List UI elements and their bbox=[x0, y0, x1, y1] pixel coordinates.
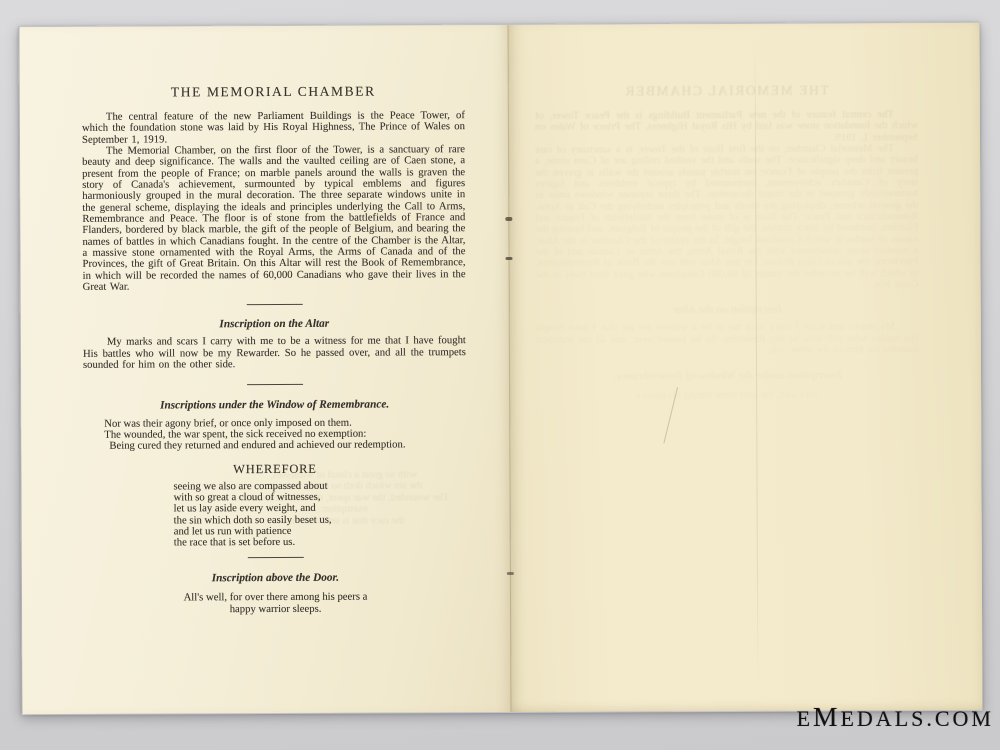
section-divider-rule bbox=[247, 557, 303, 558]
scan-photo-background: THE MEMORIAL CHAMBER The central feature… bbox=[0, 0, 1000, 750]
inscription-line: happy warrior sleeps. bbox=[84, 602, 467, 616]
page-title: THE MEMORIAL CHAMBER bbox=[82, 84, 465, 99]
door-inscription-heading: Inscription above the Door. bbox=[84, 571, 467, 585]
bleed-heading: Inscription on the Altar bbox=[536, 303, 919, 317]
paper-crease bbox=[663, 387, 678, 444]
window-inscription-lines: Nor was their agony brief, or once only … bbox=[83, 417, 466, 451]
page-left: THE MEMORIAL CHAMBER The central feature… bbox=[20, 25, 512, 714]
bleed-heading: Inscriptions under the Window of Remembr… bbox=[536, 369, 919, 383]
verse-line: the race that is set before us. bbox=[174, 536, 467, 548]
section-divider-rule bbox=[247, 384, 303, 385]
bleed-paragraph: The central feature of the new Parliamen… bbox=[535, 109, 918, 145]
section-divider-rule bbox=[246, 304, 302, 305]
bleed-line: All's well, for over there among his pee… bbox=[536, 388, 919, 402]
emedals-watermark: EMEDALS.COM bbox=[797, 701, 994, 733]
bleed-through-text: THE MEMORIAL CHAMBER The central feature… bbox=[535, 83, 919, 402]
booklet-open-spread: THE MEMORIAL CHAMBER The central feature… bbox=[19, 22, 983, 714]
bleed-title: THE MEMORIAL CHAMBER bbox=[535, 83, 918, 98]
watermark-text: EDALS.COM bbox=[840, 706, 994, 731]
page-left-text-column: THE MEMORIAL CHAMBER The central feature… bbox=[82, 25, 468, 616]
bleed-paragraph: My marks and scars I carry with me to be… bbox=[536, 321, 919, 357]
inscription-line: Being cured they returned and endured an… bbox=[104, 439, 466, 451]
paper-crease bbox=[755, 39, 759, 686]
altar-inscription-body: My marks and scars I carry with me to be… bbox=[83, 335, 466, 371]
chamber-description-paragraph: The Memorial Chamber, on the first floor… bbox=[82, 144, 466, 293]
page-right-blank: THE MEMORIAL CHAMBER The central feature… bbox=[509, 23, 983, 712]
door-inscription-lines: All's well, for over there among his pee… bbox=[84, 590, 467, 616]
wherefore-heading: WHEREFORE bbox=[83, 462, 466, 477]
altar-inscription-heading: Inscription on the Altar bbox=[83, 317, 466, 331]
watermark-text: M bbox=[813, 701, 840, 732]
window-inscriptions-heading: Inscriptions under the Window of Remembr… bbox=[83, 398, 466, 412]
binding-stitch bbox=[505, 217, 512, 221]
binding-stitch bbox=[506, 257, 513, 260]
bleed-paragraph: The Memorial Chamber, on the first floor… bbox=[535, 143, 919, 292]
watermark-text: E bbox=[797, 706, 813, 731]
intro-paragraph: The central feature of the new Parliamen… bbox=[82, 110, 465, 146]
wherefore-verse: seeing we also are compassed about with … bbox=[83, 480, 466, 549]
binding-stitch bbox=[507, 572, 514, 575]
